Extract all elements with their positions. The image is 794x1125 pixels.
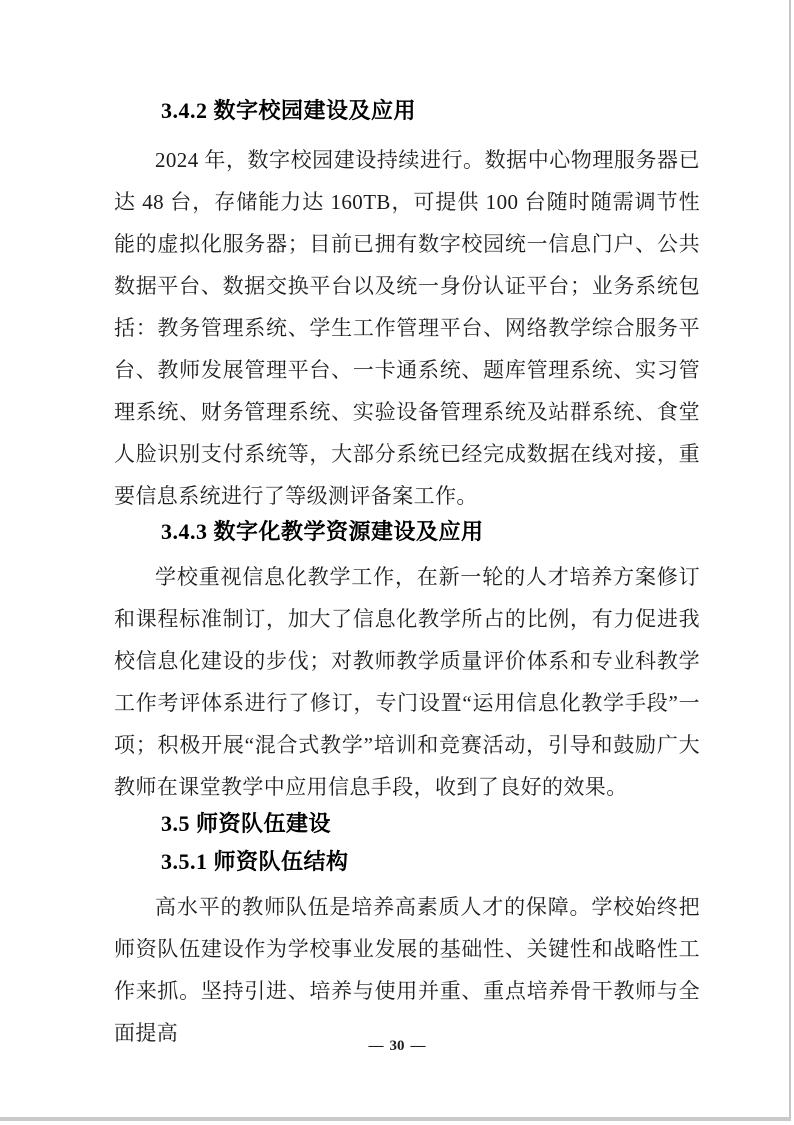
section-heading-3-5-1: 3.5.1 师资队伍结构 [114, 846, 700, 878]
page-edge-bottom [0, 1117, 791, 1121]
footer-right-dash: — [411, 1038, 426, 1054]
page-footer: —30— [0, 1038, 794, 1055]
paragraph-teacher-team: 高水平的教师队伍是培养高素质人才的保障。学校始终把师资队伍建设作为学校事业发展的… [114, 886, 700, 1054]
section-heading-3-4-3: 3.4.3 数字化教学资源建设及应用 [114, 516, 700, 548]
section-heading-3-4-2: 3.4.2 数字校园建设及应用 [114, 95, 700, 127]
footer-left-dash: — [369, 1038, 384, 1054]
paragraph-digital-teaching-resources: 学校重视信息化教学工作，在新一轮的人才培养方案修订和课程标准制订，加大了信息化教… [114, 556, 700, 808]
section-heading-3-5: 3.5 师资队伍建设 [114, 808, 700, 840]
page-edge-right [789, 0, 791, 1119]
document-page: 3.4.2 数字校园建设及应用 2024 年，数字校园建设持续进行。数据中心物理… [0, 0, 794, 1125]
paragraph-digital-campus: 2024 年，数字校园建设持续进行。数据中心物理服务器已达 48 台，存储能力达… [114, 139, 700, 517]
page-number: 30 [390, 1038, 405, 1054]
